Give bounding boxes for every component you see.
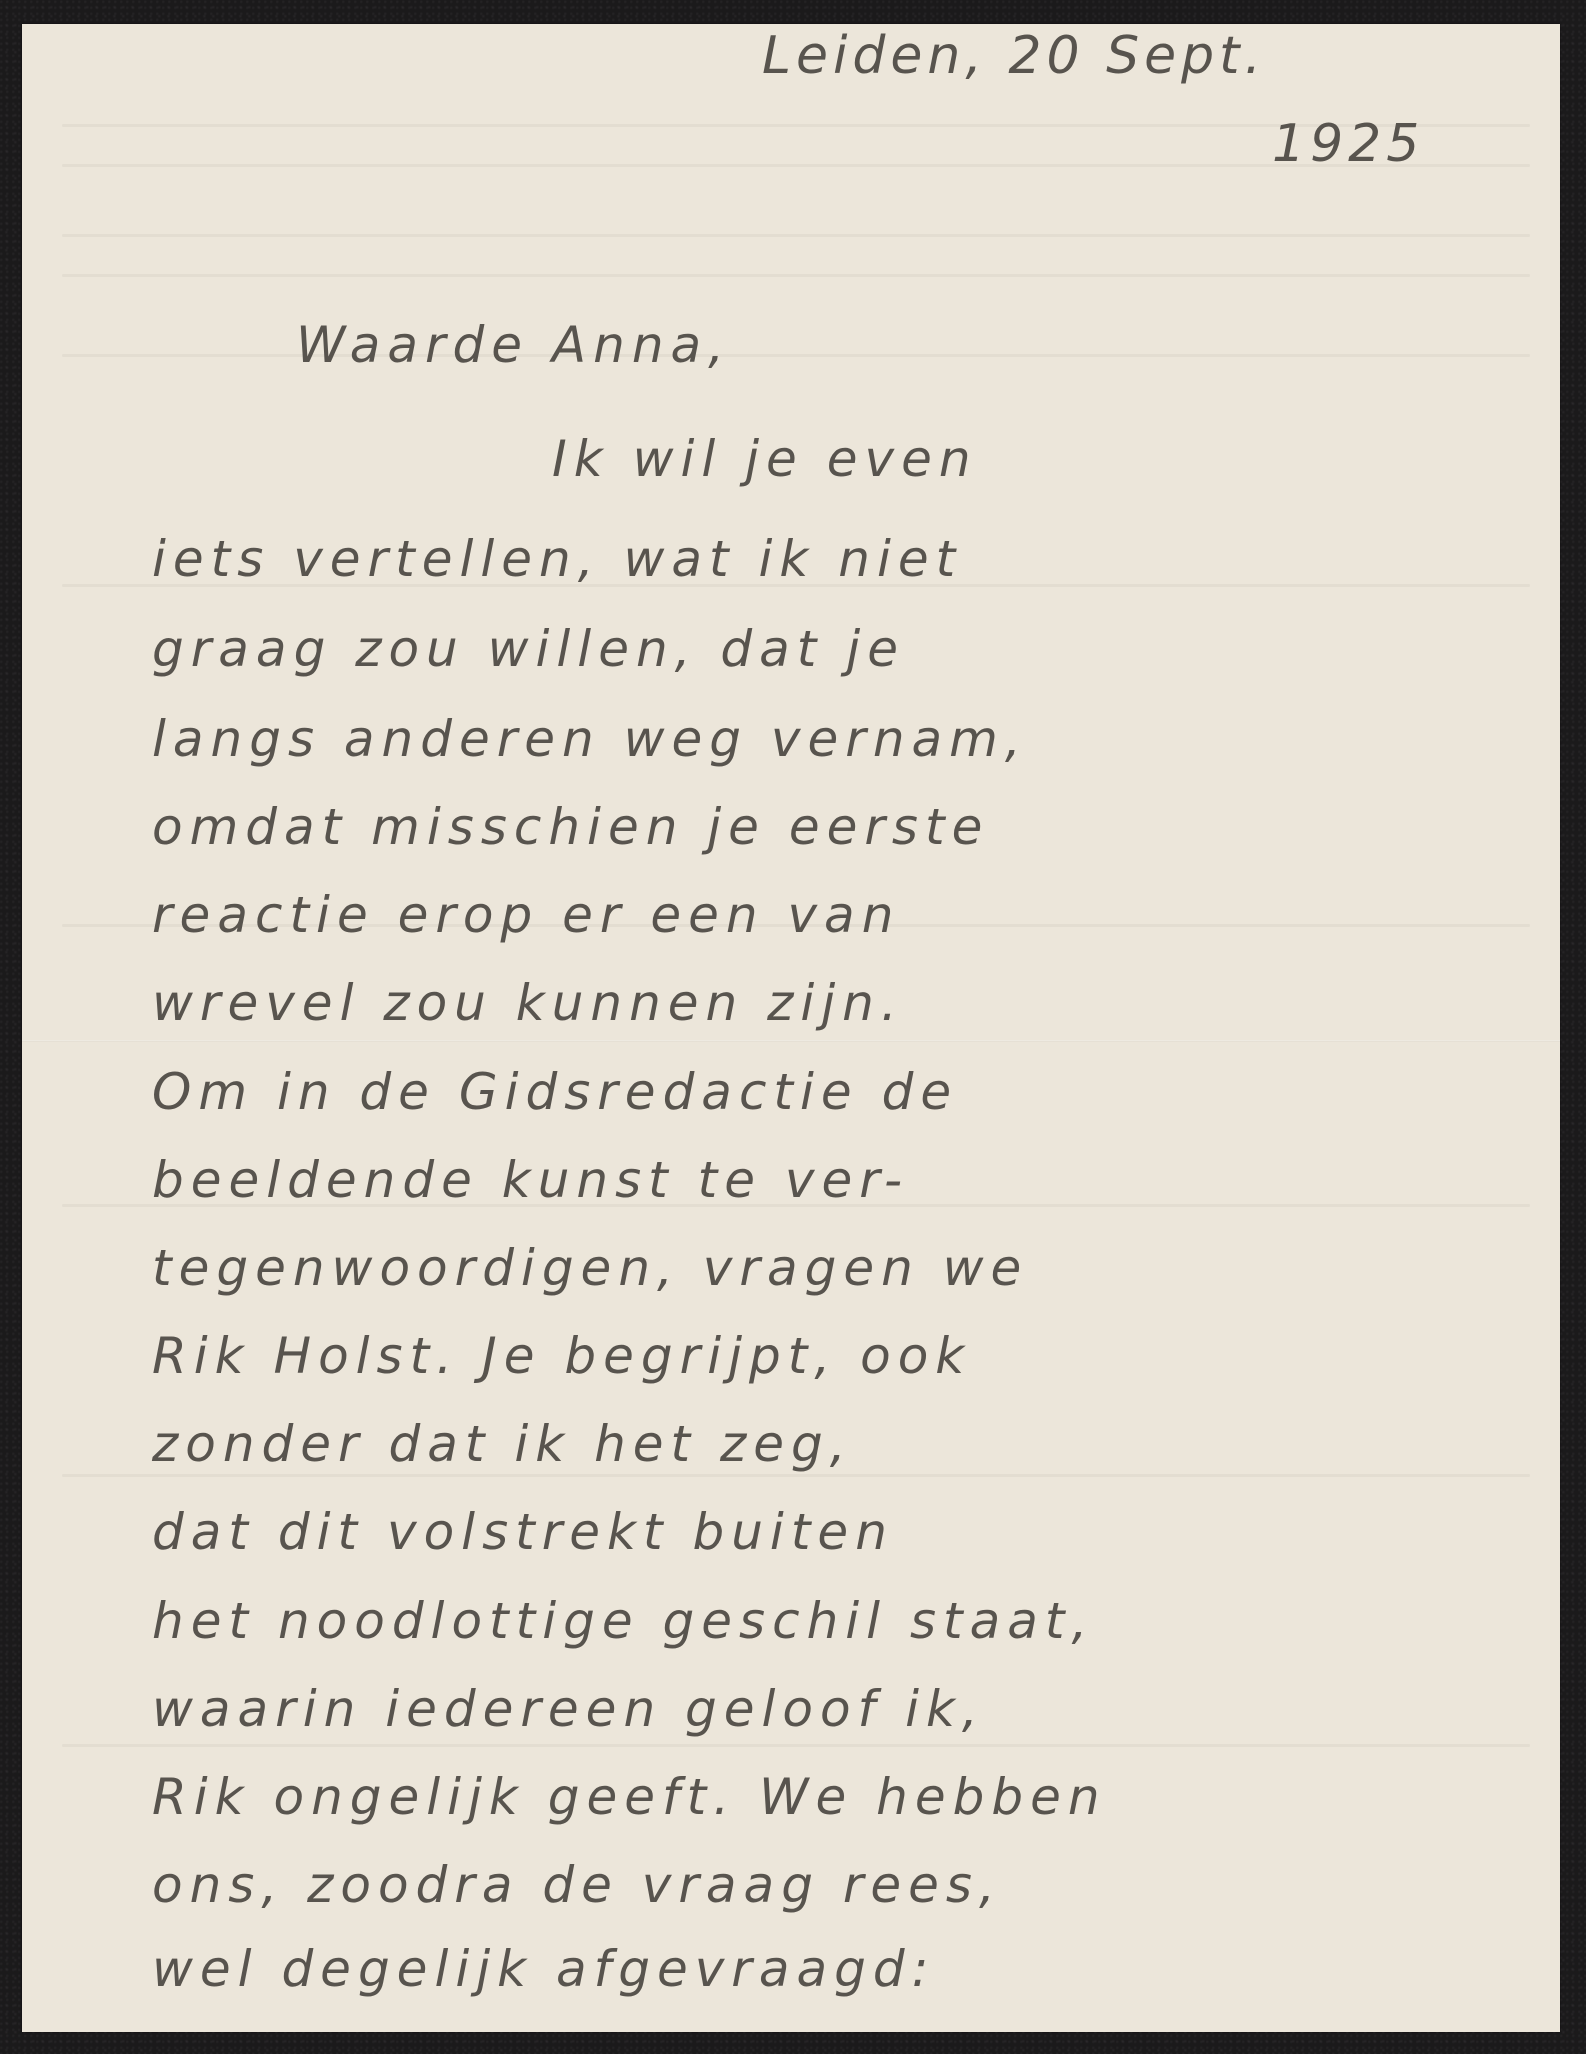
- letter-line: tegenwoordigen, vragen we: [152, 1243, 1028, 1293]
- show-through-texture: [62, 354, 1530, 357]
- show-through-texture: [62, 234, 1530, 237]
- place-date: Leiden, 20 Sept.: [762, 30, 1266, 82]
- show-through-texture: [62, 1744, 1530, 1747]
- show-through-texture: [62, 1474, 1530, 1477]
- letter-line: Rik ongelijk geeft. We hebben: [152, 1772, 1107, 1822]
- year: 1925: [1272, 118, 1424, 170]
- letter-line: wrevel zou kunnen zijn.: [152, 978, 904, 1028]
- letter-line: ons, zoodra de vraag rees,: [152, 1860, 1002, 1910]
- letter-line: langs anderen weg vernam,: [152, 714, 1028, 764]
- show-through-texture: [62, 274, 1530, 277]
- letter-line: beeldende kunst te ver-: [152, 1155, 909, 1205]
- letter-line: zonder dat ik het zeg,: [152, 1419, 853, 1469]
- salutation: Waarde Anna,: [296, 320, 731, 370]
- letter-line: Rik Holst. Je begrijpt, ook: [152, 1331, 971, 1381]
- letter-line: graag zou willen, dat je: [152, 624, 905, 674]
- letter-line: iets vertellen, wat ik niet: [152, 534, 962, 584]
- letter-line: wel degelijk afgevraagd:: [152, 1944, 935, 1994]
- letter-line: waarin iedereen geloof ik,: [152, 1684, 985, 1734]
- letter-line: Om in de Gidsredactie de: [152, 1067, 958, 1117]
- letter-page: Leiden, 20 Sept. 1925 Waarde Anna, Ik wi…: [22, 24, 1560, 2032]
- letter-line: reactie erop er een van: [152, 890, 900, 940]
- paper-fold: [22, 1040, 1560, 1042]
- letter-line: omdat misschien je eerste: [152, 802, 989, 852]
- letter-line: Ik wil je even: [552, 434, 978, 484]
- letter-line: het noodlottige geschil staat,: [152, 1596, 1094, 1646]
- letter-line: dat dit volstrekt buiten: [152, 1507, 894, 1557]
